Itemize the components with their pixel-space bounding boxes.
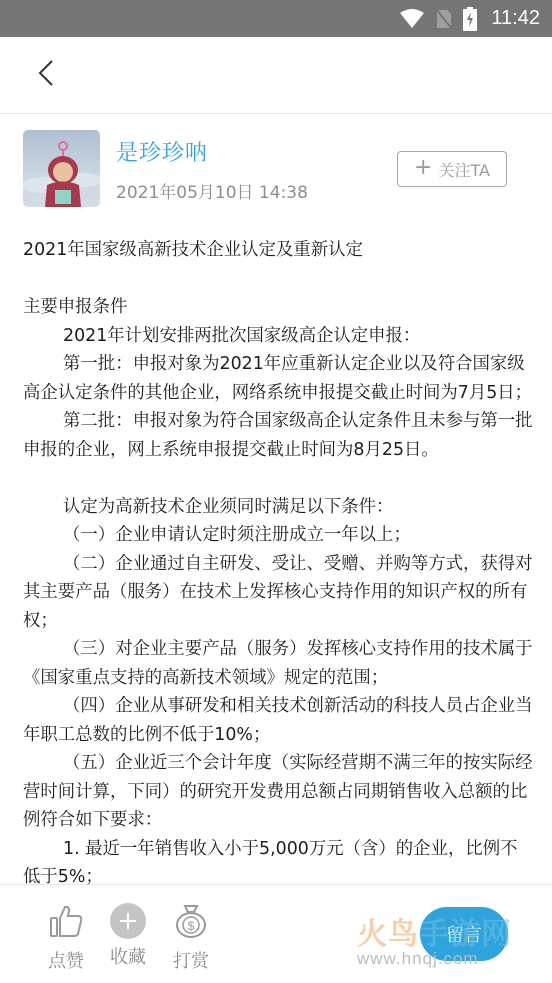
follow-button[interactable]: + 关注TA (397, 151, 507, 187)
plus-circle-icon (110, 903, 146, 939)
article-body: 2021年国家级高新技术企业认定及重新认定 主要申报条件 2021年计划安排两批… (23, 236, 533, 884)
wifi-icon (399, 9, 425, 29)
svg-text:$: $ (188, 919, 195, 933)
paragraph: 2021年计划安排两批次国家级高企认定申报： (23, 322, 533, 351)
clock: 11:42 (491, 7, 540, 30)
tip-label: 打赏 (173, 947, 209, 973)
paragraph: 第二批：申报对象为符合国家级高企认定条件且未参与第一批申报的企业，网上系统申报提… (23, 407, 533, 464)
tip-button[interactable]: $ 打赏 (166, 903, 216, 973)
like-button[interactable]: 点赞 (41, 903, 91, 973)
plus-icon: + (414, 157, 432, 179)
thumbs-up-icon (48, 903, 84, 943)
author-name[interactable]: 是珍珍呐 (116, 136, 208, 167)
app-bar (0, 37, 552, 114)
sub-requirement: 1. 最近一年销售收入小于5,000万元（含）的企业，比例不低于5%； (23, 835, 533, 885)
battery-charging-icon (463, 7, 477, 31)
favorite-label: 收藏 (110, 943, 146, 969)
bottom-action-bar: 点赞 收藏 $ 打赏 留言 火鸟手游网 www.hnqj.com (0, 884, 552, 983)
condition-item: （三）对企业主要产品（服务）发挥核心支持作用的技术属于《国家重点支持的高新技术领… (23, 635, 533, 692)
comment-button[interactable]: 留言 (420, 907, 508, 961)
follow-label: 关注TA (438, 158, 489, 181)
author-header: 是珍珍呐 2021年05月10日 14:38 + 关注TA (0, 114, 552, 214)
no-sim-icon (435, 8, 453, 30)
favorite-button[interactable]: 收藏 (103, 903, 153, 969)
condition-item: （五）企业近三个会计年度（实际经营期不满三年的按实际经营时间计算，下同）的研究开… (23, 749, 533, 835)
post-date: 2021年05月10日 14:38 (116, 178, 308, 203)
money-bag-icon: $ (173, 903, 209, 943)
condition-item: （四）企业从事研发和相关技术创新活动的科技人员占企业当年职工总数的比例不低于10… (23, 692, 533, 749)
condition-item: （一）企业申请认定时须注册成立一年以上； (23, 521, 533, 550)
like-label: 点赞 (48, 947, 84, 973)
back-button[interactable] (30, 59, 62, 91)
chevron-left-icon (36, 59, 56, 91)
section-heading: 主要申报条件 (23, 293, 533, 322)
condition-item: （二）企业通过自主研发、受让、受赠、并购等方式，获得对其主要产品（服务）在技术上… (23, 550, 533, 636)
paragraph: 第一批：申报对象为2021年应重新认定企业以及符合国家级高企认定条件的其他企业，… (23, 350, 533, 407)
article-title: 2021年国家级高新技术企业认定及重新认定 (23, 236, 533, 265)
watermark-brand: 火鸟 (357, 917, 419, 952)
conditions-intro: 认定为高新技术企业须同时满足以下条件： (23, 493, 533, 522)
status-bar: 11:42 (0, 0, 552, 37)
avatar[interactable] (23, 130, 100, 207)
